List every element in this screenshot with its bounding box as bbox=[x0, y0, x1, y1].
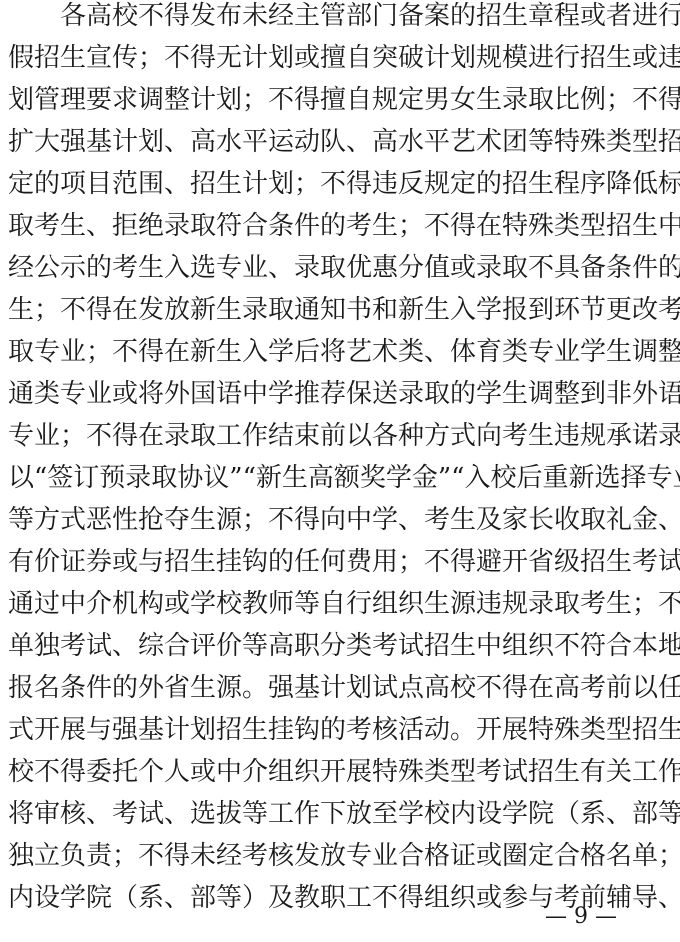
text-line: 单独考试、综合评价等高职分类考试招生中组织不符合本地高考 bbox=[8, 631, 648, 673]
text-line: 专业；不得在录取工作结束前以各种方式向考生违规承诺录取或 bbox=[8, 421, 648, 463]
text-line: 假招生宣传；不得无计划或擅自突破计划规模进行招生或违反计 bbox=[8, 43, 648, 85]
text-line: 等方式恶性抢夺生源；不得向中学、考生及家长收取礼金、礼品、 bbox=[8, 505, 648, 547]
text-line: 取考生、拒绝录取符合条件的考生；不得在特殊类型招生中变更 bbox=[8, 211, 648, 253]
text-line: 有价证券或与招生挂钩的任何费用；不得避开省级招生考试机构 bbox=[8, 547, 648, 589]
text-line: 报名条件的外省生源。强基计划试点高校不得在高考前以任何形 bbox=[8, 673, 648, 715]
text-line: 通类专业或将外国语中学推荐保送录取的学生调整到非外语类 bbox=[8, 379, 648, 421]
text-line: 定的项目范围、招生计划；不得违反规定的招生程序降低标准录 bbox=[8, 169, 648, 211]
page-number: — 9 — bbox=[536, 905, 626, 929]
text-line: 以“签订预录取协议”“新生高额奖学金”“入校后重新选择专业” bbox=[8, 463, 648, 505]
text-line: 独立负责；不得未经考核发放专业合格证或圈定合格名单；高校、 bbox=[8, 841, 648, 883]
text-line: 将审核、考试、选拔等工作下放至学校内设学院（系、部等部门） bbox=[8, 799, 648, 841]
text-line: 式开展与强基计划招生挂钩的考核活动。开展特殊类型招生的高 bbox=[8, 715, 648, 757]
text-line: 各高校不得发布未经主管部门备案的招生章程或者进行虚 bbox=[60, 1, 648, 43]
text-line: 划管理要求调整计划；不得擅自规定男女生录取比例；不得擅自 bbox=[8, 85, 648, 127]
text-line: 扩大强基计划、高水平运动队、高水平艺术团等特殊类型招生规 bbox=[8, 127, 648, 169]
text-line: 通过中介机构或学校教师等自行组织生源违规录取考生；不得在 bbox=[8, 589, 648, 631]
text-line: 经公示的考生入选专业、录取优惠分值或录取不具备条件的考 bbox=[8, 253, 648, 295]
text-line: 取专业；不得在新生入学后将艺术类、体育类专业学生调整到普 bbox=[8, 337, 648, 379]
text-line: 校不得委托个人或中介组织开展特殊类型考试招生有关工作，或 bbox=[8, 757, 648, 799]
text-line: 生；不得在发放新生录取通知书和新生入学报到环节更改考生录 bbox=[8, 295, 648, 337]
